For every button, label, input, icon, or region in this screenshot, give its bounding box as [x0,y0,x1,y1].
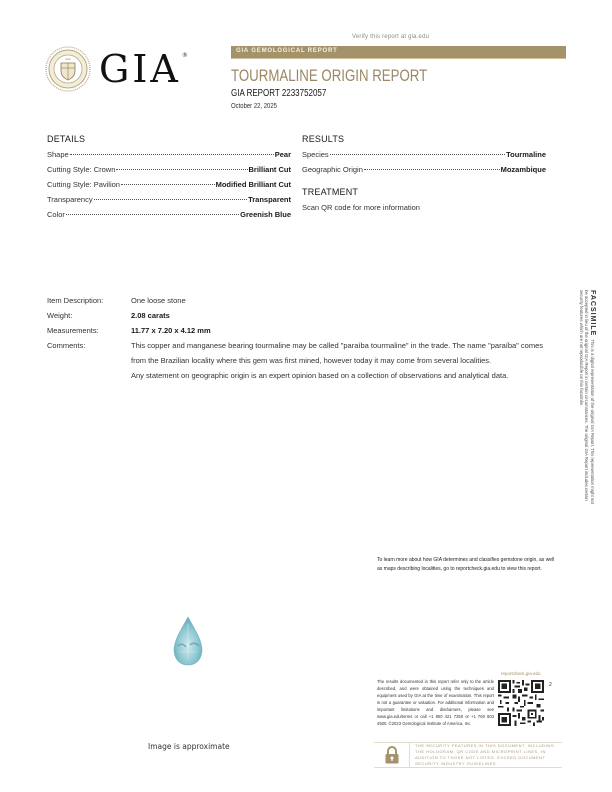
detail-label: Cutting Style: Crown [47,165,115,174]
detail-value: Greenish Blue [240,210,291,219]
result-row: SpeciesTourmaline [302,150,546,165]
treatment-heading: TREATMENT [302,187,358,197]
origin-info-note: To learn more about how GIA determines a… [377,556,557,573]
lock-icon [384,746,400,764]
comments-value: This copper and manganese bearing tourma… [131,338,552,383]
item-description-section: Item Description: One loose stone Weight… [47,293,552,383]
comment-paragraph: This copper and manganese bearing tourma… [131,338,552,368]
detail-row: Cutting Style: CrownBrilliant Cut [47,165,291,180]
detail-label: Shape [47,150,69,159]
detail-row: ShapePear [47,150,291,165]
detail-row: TransparencyTransparent [47,195,291,210]
leader-dots [116,169,247,170]
report-type-band: GIA GEMOLOGICAL REPORT [231,46,566,59]
weight-row: Weight: 2.08 carats [47,308,552,323]
details-heading: DETAILS [47,134,291,144]
comments-label: Comments: [47,338,131,383]
treatment-text: Scan QR code for more information [302,203,420,212]
leader-dots [70,154,274,155]
detail-row: Cutting Style: PavilionModified Brillian… [47,180,291,195]
detail-label: Transparency [47,195,93,204]
result-label: Species [302,150,329,159]
item-description-row: Item Description: One loose stone [47,293,552,308]
leader-dots [66,214,239,215]
report-title: TOURMALINE ORIGIN REPORT [231,66,427,86]
leader-dots [94,199,247,200]
detail-value: Pear [275,150,291,159]
result-value: Tourmaline [506,150,546,159]
results-section: RESULTS SpeciesTourmaline Geographic Ori… [302,134,546,180]
measurements-value: 11.77 x 7.20 x 4.12 mm [131,323,552,338]
detail-value: Modified Brilliant Cut [216,180,291,189]
detail-value: Brilliant Cut [249,165,292,174]
report-date: October 22, 2025 [231,103,277,110]
measurements-row: Measurements: 11.77 x 7.20 x 4.12 mm [47,323,552,338]
security-note-text: The security features in this document, … [409,743,562,767]
comments-row: Comments: This copper and manganese bear… [47,338,552,383]
security-note: The security features in this document, … [374,742,562,768]
results-heading: RESULTS [302,134,546,144]
detail-value: Transparent [248,195,291,204]
qr-number: 2 [549,682,552,688]
detail-label: Cutting Style: Pavilion [47,180,120,189]
image-caption: Image is approximate [148,742,230,751]
registered-mark: ® [182,52,188,59]
qr-code-icon[interactable] [498,680,544,726]
facsimile-notice: FACSIMILEThis is a digital representatio… [565,290,595,505]
leader-dots [121,184,215,185]
weight-value: 2.08 carats [131,308,552,323]
report-number: GIA REPORT 2233752057 [231,88,326,99]
result-value: Mozambique [501,165,546,174]
leader-dots [364,169,500,170]
comment-paragraph: Any statement on geographic origin is an… [131,368,552,383]
result-row: Geographic OriginMozambique [302,165,546,180]
details-section: DETAILS ShapePear Cutting Style: CrownBr… [47,134,291,225]
gia-logo: GIA GIA ® [45,45,225,93]
measurements-label: Measurements: [47,323,131,338]
verify-link[interactable]: Verify this report at gia.edu [352,34,429,40]
leader-dots [330,154,505,155]
weight-label: Weight: [47,308,131,323]
item-description-value: One loose stone [131,293,552,308]
disclaimer-text: The results documented in this report re… [377,678,494,727]
gemstone-image [172,616,204,666]
gia-seal-icon: GIA [45,46,91,92]
result-label: Geographic Origin [302,165,363,174]
item-description-label: Item Description: [47,293,131,308]
detail-row: ColorGreenish Blue [47,210,291,225]
gia-wordmark: GIA [99,50,181,88]
facsimile-heading: FACSIMILE [589,290,596,336]
reportcheck-label[interactable]: reportcheck.gia.edu [501,671,541,676]
detail-label: Color [47,210,65,219]
band-label: GIA GEMOLOGICAL REPORT [236,48,338,54]
